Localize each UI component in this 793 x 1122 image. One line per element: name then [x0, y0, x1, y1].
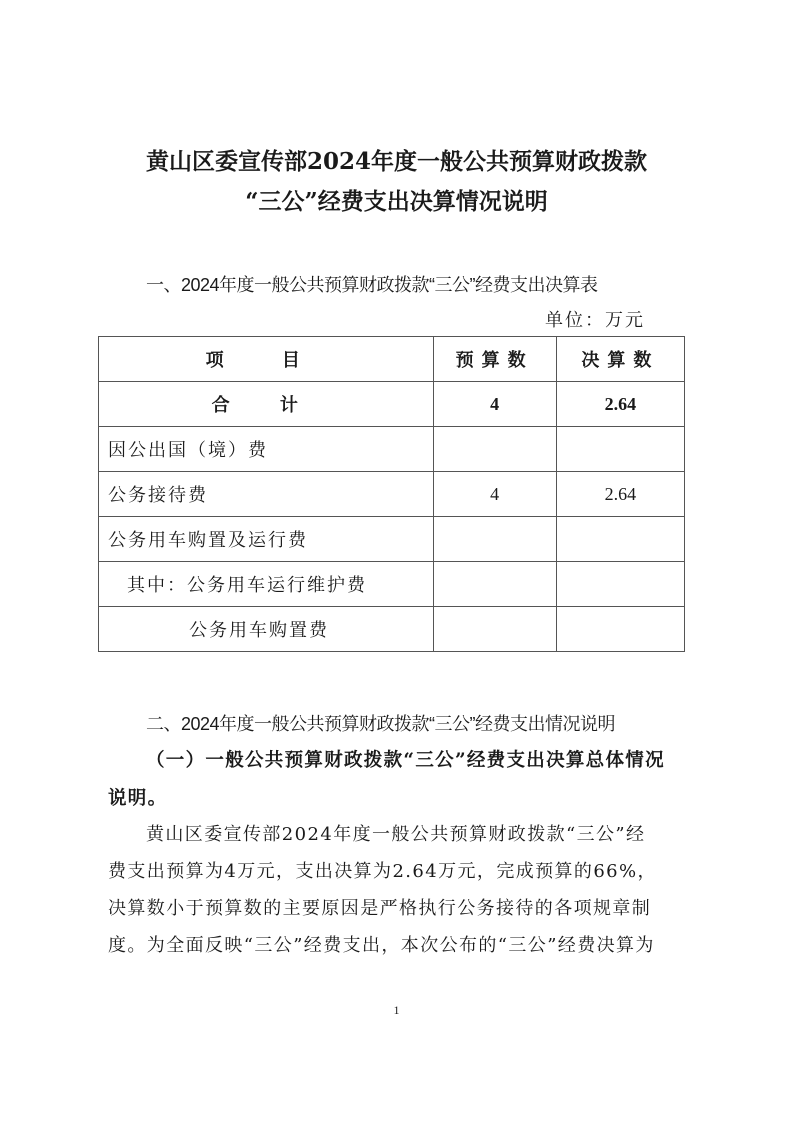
table-row: 公务用车购置及运行费: [99, 517, 685, 562]
row-actual: [556, 562, 684, 607]
header-item: 项 目: [99, 337, 434, 382]
table-row: 公务接待费 4 2.64: [99, 472, 685, 517]
paragraph-line: 决算数小于预算数的主要原因是严格执行公务接待的各项规章制: [108, 890, 693, 927]
row-actual: [556, 607, 684, 652]
row-item: 其中：公务用车运行维护费: [99, 562, 434, 607]
paragraph-line: 费支出预算为4万元，支出决算为2.64万元，完成预算的66%，: [108, 853, 693, 890]
subsection-1-heading-line-2: 说明。: [108, 784, 167, 810]
header-budget: 预算数: [433, 337, 556, 382]
row-actual: 2.64: [556, 382, 684, 427]
subsection-1-heading-line-1: （一）一般公共预算财政拨款“三公”经费支出决算总体情况: [146, 746, 665, 772]
row-item: 公务接待费: [99, 472, 434, 517]
row-budget: [433, 607, 556, 652]
row-item: 合 计: [99, 382, 434, 427]
header-actual: 决算数: [556, 337, 684, 382]
page-number: 1: [0, 1003, 793, 1018]
table-row: 公务用车购置费: [99, 607, 685, 652]
table-row-total: 合 计 4 2.64: [99, 382, 685, 427]
row-actual: [556, 427, 684, 472]
paragraph-line: 黄山区委宣传部2024年度一般公共预算财政拨款“三公”经: [108, 816, 693, 853]
row-budget: [433, 562, 556, 607]
row-item: 因公出国（境）费: [99, 427, 434, 472]
row-actual: [556, 517, 684, 562]
document-title-line-2: “三公”经费支出决算情况说明: [0, 183, 793, 216]
document-title-line-1: 黄山区委宣传部2024年度一般公共预算财政拨款: [0, 143, 793, 176]
row-budget: 4: [433, 472, 556, 517]
row-budget: [433, 427, 556, 472]
three-public-expenses-table: 项 目 预算数 决算数 合 计 4 2.64 因公出国（境）费 公务接待费 4 …: [98, 336, 685, 652]
body-paragraph: 黄山区委宣传部2024年度一般公共预算财政拨款“三公”经 费支出预算为4万元，支…: [108, 816, 693, 964]
section-2-heading: 二、2024年度一般公共预算财政拨款“三公”经费支出情况说明: [146, 710, 615, 736]
paragraph-line: 度。为全面反映“三公”经费支出，本次公布的“三公”经费决算为: [108, 927, 693, 964]
row-item: 公务用车购置及运行费: [99, 517, 434, 562]
row-actual: 2.64: [556, 472, 684, 517]
section-1-heading: 一、2024年度一般公共预算财政拨款“三公”经费支出决算表: [146, 271, 598, 297]
table-header-row: 项 目 预算数 决算数: [99, 337, 685, 382]
unit-label: 单位：万元: [545, 306, 645, 332]
table-row: 因公出国（境）费: [99, 427, 685, 472]
row-budget: [433, 517, 556, 562]
row-item: 公务用车购置费: [99, 607, 434, 652]
table-row: 其中：公务用车运行维护费: [99, 562, 685, 607]
row-budget: 4: [433, 382, 556, 427]
